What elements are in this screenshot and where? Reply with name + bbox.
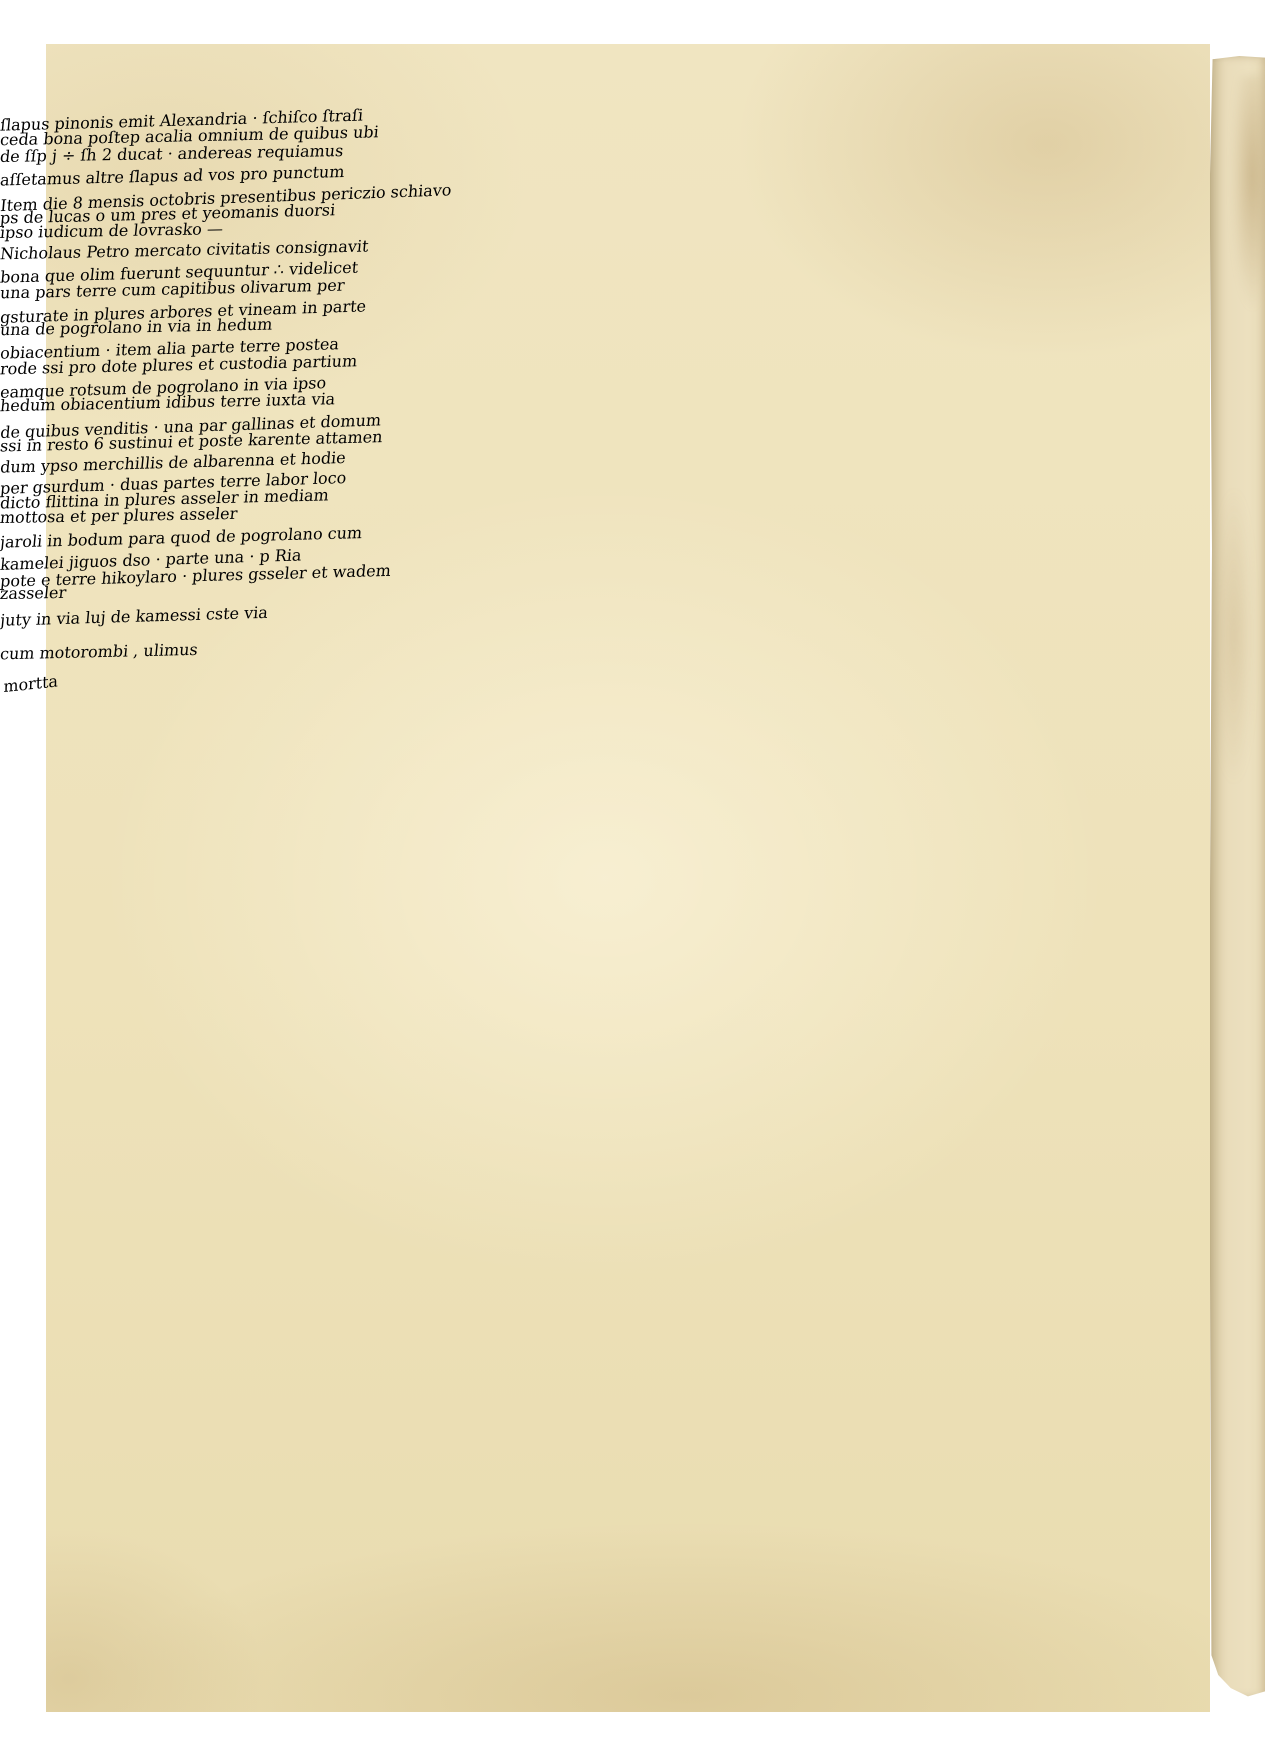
handwritten-text: in via luj [30, 607, 112, 628]
handwritten-text: jaroli in [0, 531, 69, 552]
manuscript-scan: ſlapus pinonis emit Alexandria · ſchiſco… [0, 0, 1265, 1750]
deleted-text: juty [0, 610, 32, 630]
handwritten-text: ipso iudicum de lovrasko — [0, 219, 224, 242]
handwritten-text: zasseler [0, 583, 67, 603]
